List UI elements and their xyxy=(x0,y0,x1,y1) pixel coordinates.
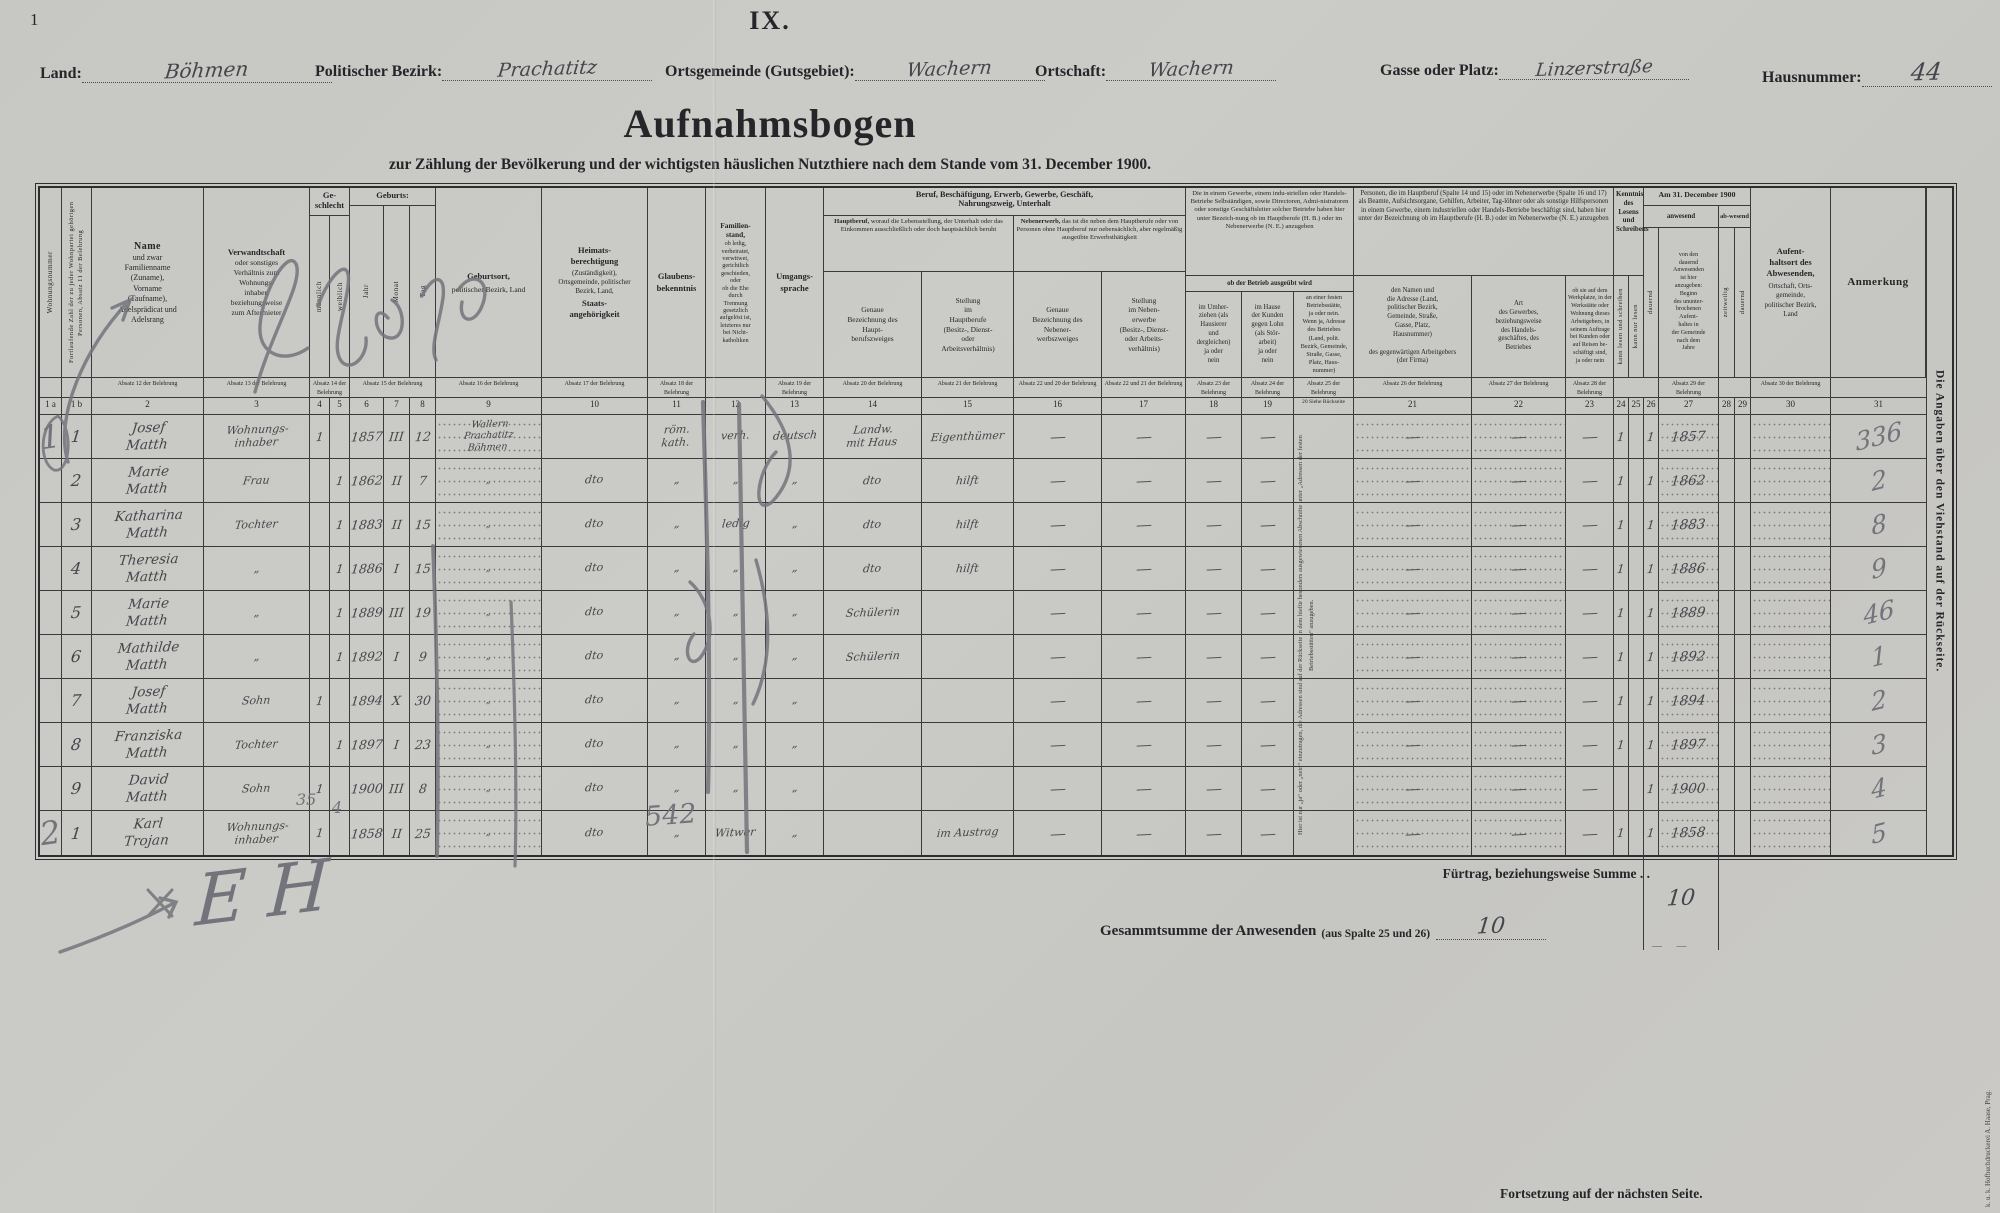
cell-c21: — xyxy=(1354,635,1472,678)
number-row: 1 a1 b234567891011121314151617181920 Sie… xyxy=(40,398,1926,415)
handwritten-value: — xyxy=(1135,471,1152,491)
cell-c22: — xyxy=(1472,723,1566,766)
ortschaft-value: Wachern xyxy=(1106,58,1276,81)
cell-nurlesen xyxy=(1629,635,1644,678)
handwritten-value: I xyxy=(393,737,400,752)
handwritten-value: „ xyxy=(485,739,491,751)
cell-neben: — xyxy=(1014,591,1102,634)
cell-whg: 1 xyxy=(40,415,62,458)
pencil-note-4: 4 xyxy=(332,798,342,817)
column-number: 4 xyxy=(310,398,330,414)
handwritten-value: — xyxy=(1049,779,1066,799)
cell-stand: „ xyxy=(706,459,766,502)
cell-glauben: „ xyxy=(648,679,706,722)
handwritten-value: Theresia Matth xyxy=(116,551,179,587)
cell-gebort: „ xyxy=(436,635,542,678)
cell-heimat: dto xyxy=(542,503,648,546)
cell-beginn: 1862 xyxy=(1659,459,1719,502)
handwritten-value: 1897 xyxy=(350,736,384,752)
cell-whg xyxy=(40,635,62,678)
cell-c22: — xyxy=(1472,591,1566,634)
handwritten-value: III xyxy=(388,605,404,621)
column-caption: Absatz 14 der Belehrung xyxy=(310,378,350,397)
column-caption: Absatz 22 und 21 der Belehrung xyxy=(1102,378,1186,397)
pencil-scribble-eh: E H xyxy=(193,843,331,943)
cell-glauben: „ xyxy=(648,591,706,634)
cell-name: David Matth xyxy=(92,767,204,810)
handwritten-value: — xyxy=(1205,823,1222,843)
cell-abwd xyxy=(1735,635,1751,678)
handwritten-value: 1 xyxy=(335,473,344,487)
cell-anm: 46 xyxy=(1831,591,1926,634)
gasse-value: Linzerstraße xyxy=(1499,58,1689,80)
cell-jahr: 1858 xyxy=(350,811,384,855)
handwritten-value: 3 xyxy=(1870,728,1887,761)
handwritten-value: Wohnungs- inhaber xyxy=(224,422,289,451)
col-header-name: Nameund zwar Familienname (Zuname), Vorn… xyxy=(92,188,204,377)
handwritten-value: Sohn xyxy=(242,693,272,707)
cell-c21: — xyxy=(1354,415,1472,458)
cell-jahr: 1889 xyxy=(350,591,384,634)
handwritten-value: dto xyxy=(585,474,605,487)
cell-stand: ledig xyxy=(706,503,766,546)
cell-gebort: „ xyxy=(436,767,542,810)
cell-sprache: „ xyxy=(766,723,824,766)
handwritten-value: „ xyxy=(791,694,798,707)
handwritten-value: 1 xyxy=(1646,473,1655,487)
cell-stand: Witwer xyxy=(706,811,766,855)
bezirk-label: Politischer Bezirk: xyxy=(315,63,442,81)
handwritten-value: 1892 xyxy=(1670,648,1706,665)
handwritten-value: „ xyxy=(791,518,798,531)
handwritten-value: 1 xyxy=(1646,605,1655,619)
handwritten-value: — xyxy=(1510,691,1527,711)
handwritten-value: 7 xyxy=(418,473,428,488)
cell-c19: — xyxy=(1242,547,1294,590)
column-caption: Absatz 19 der Belehrung xyxy=(766,378,824,397)
pencil-note-542: 542 xyxy=(644,798,698,833)
column-number: 1 a xyxy=(40,398,62,414)
cell-jahr: 1894 xyxy=(350,679,384,722)
cell-c19: — xyxy=(1242,767,1294,810)
cell-rel: Sohn xyxy=(204,767,310,810)
handwritten-value: 6 xyxy=(70,647,82,666)
handwritten-value: 1883 xyxy=(350,516,384,532)
cell-anwd: 1 xyxy=(1644,767,1659,810)
column-number: 1 b xyxy=(62,398,92,414)
cell-anm: 1 xyxy=(1831,635,1926,678)
cell-beginn: 1883 xyxy=(1659,503,1719,546)
cell-nurlesen xyxy=(1629,723,1644,766)
cell-c23: — xyxy=(1566,811,1614,855)
field-gemeinde: Ortsgemeinde (Gutsgebiet): Wachern xyxy=(665,58,1045,81)
cell-neben: — xyxy=(1014,767,1102,810)
handwritten-value: — xyxy=(1205,559,1222,579)
cell-c19: — xyxy=(1242,635,1294,678)
handwritten-value: — xyxy=(1404,559,1421,579)
cell-jahr: 1883 xyxy=(350,503,384,546)
column-caption: Absatz 21 der Belehrung xyxy=(922,378,1014,397)
handwritten-value: — xyxy=(1404,427,1421,447)
field-hausnummer: Hausnummer: 44 xyxy=(1762,58,1992,87)
handwritten-value: „ xyxy=(485,695,491,707)
handwritten-value: Marie Matth xyxy=(125,595,170,630)
cell-whg xyxy=(40,679,62,722)
handwritten-value: „ xyxy=(673,738,680,751)
census-sheet: 1 IX. Land: Böhmen Politischer Bezirk: P… xyxy=(0,0,2000,1213)
cell-nr: 8 xyxy=(62,723,92,766)
cell-glauben: „ xyxy=(648,503,706,546)
fuertrag-label: Fürtrag, beziehungsweise Summe . . xyxy=(1380,866,1650,882)
cell-monat: III xyxy=(384,767,410,810)
column-number: 21 xyxy=(1354,398,1472,414)
col-group-geschlecht: Ge- schlecht männlich weiblich xyxy=(310,188,350,377)
column-caption: Absatz 16 der Belehrung xyxy=(436,378,542,397)
cell-stellung: hilft xyxy=(922,503,1014,546)
section-number: IX. xyxy=(0,6,1540,36)
cell-c23: — xyxy=(1566,547,1614,590)
bezirk-value: Prachatitz xyxy=(442,58,652,81)
table-row: 3Katharina MatthTochter11883II15„dto„led… xyxy=(40,503,1926,547)
cell-monat: I xyxy=(384,547,410,590)
cell-gebort: „ xyxy=(436,503,542,546)
cell-anm: 5 xyxy=(1831,811,1926,855)
col-group-personen: Personen, die im Hauptberuf (Spalte 14 u… xyxy=(1354,188,1614,377)
handwritten-value: 8 xyxy=(1870,508,1887,541)
ortschaft-label: Ortschaft: xyxy=(1035,63,1106,81)
cell-tag: 7 xyxy=(410,459,436,502)
handwritten-value: — xyxy=(1049,515,1066,535)
column-number: 16 xyxy=(1014,398,1102,414)
cell-w: 1 xyxy=(330,635,350,678)
cell-jahr: 1862 xyxy=(350,459,384,502)
column-number: 5 xyxy=(330,398,350,414)
cell-monat: I xyxy=(384,723,410,766)
col-header-kann-nur-lesen: kann nur lesen xyxy=(1629,276,1644,377)
cell-stand: „ xyxy=(706,723,766,766)
cell-nurlesen xyxy=(1629,679,1644,722)
census-table: Wohnungsnummer Fortlaufende Zahl der zu … xyxy=(38,186,1954,857)
handwritten-value: 23 xyxy=(414,737,432,753)
cell-beginn: 1900 xyxy=(1659,767,1719,810)
handwritten-value: — xyxy=(1205,471,1222,491)
handwritten-value: — xyxy=(1135,427,1152,447)
column-number: 17 xyxy=(1102,398,1186,414)
cell-w: 1 xyxy=(330,503,350,546)
col-header-anwesend-dauernd: dauernd xyxy=(1644,228,1659,377)
fuertrag-sum-box: 10 xyxy=(1643,846,1719,950)
cell-name: Josef Matth xyxy=(92,415,204,458)
cell-abwz xyxy=(1719,811,1735,855)
cell-c18: — xyxy=(1186,459,1242,502)
cell-whg: 2 xyxy=(40,811,62,855)
table-body: 11Josef MatthWohnungs- inhaber11857III12… xyxy=(40,415,1926,855)
cell-abwz xyxy=(1719,547,1735,590)
handwritten-value: 1857 xyxy=(350,428,384,444)
handwritten-value: 1 xyxy=(335,605,344,619)
cell-lesen: 1 xyxy=(1614,723,1629,766)
handwritten-value: II xyxy=(391,473,403,488)
handwritten-value: „ xyxy=(732,606,739,619)
handwritten-value: hilft xyxy=(955,562,979,576)
cell-nurlesen xyxy=(1629,459,1644,502)
column-caption: Absatz 12 der Belehrung xyxy=(92,378,204,397)
handwritten-value: III xyxy=(388,429,404,445)
col-header-glaubensbekenntnis: Glaubens- bekenntnis xyxy=(648,188,706,377)
cell-abwd xyxy=(1735,415,1751,458)
handwritten-value: — xyxy=(1135,735,1152,755)
handwritten-value: Schülerin xyxy=(845,605,900,620)
handwritten-value: Eigenthümer xyxy=(930,429,1005,445)
handwritten-value: „ xyxy=(791,606,798,619)
cell-nurlesen xyxy=(1629,591,1644,634)
handwritten-value: — xyxy=(1049,603,1066,623)
cell-stellung xyxy=(922,679,1014,722)
cell-abwz xyxy=(1719,723,1735,766)
handwritten-value: 2 xyxy=(38,813,63,853)
handwritten-value: 7 xyxy=(70,691,82,710)
cell-heimat: dto xyxy=(542,547,648,590)
handwritten-value: 1 xyxy=(1616,737,1625,751)
cell-c19: — xyxy=(1242,679,1294,722)
form-title: Aufnahmsbogen xyxy=(0,100,1540,147)
cell-c18: — xyxy=(1186,547,1242,590)
cell-stellung xyxy=(922,767,1014,810)
cell-nr: 5 xyxy=(62,591,92,634)
handwritten-value: — xyxy=(1135,603,1152,623)
cell-glauben: „ xyxy=(648,547,706,590)
handwritten-value: Josef Matth xyxy=(125,683,170,718)
handwritten-value: dto xyxy=(863,518,883,532)
handwritten-value: 1 xyxy=(1646,517,1655,531)
handwritten-value: — xyxy=(1581,559,1598,579)
cell-lesen xyxy=(1614,767,1629,810)
handwritten-value: 15 xyxy=(414,517,432,533)
handwritten-value: 2 xyxy=(70,471,82,490)
cell-name: Mathilde Matth xyxy=(92,635,204,678)
handwritten-value: dto xyxy=(863,474,883,488)
cell-c21: — xyxy=(1354,459,1472,502)
handwritten-value: 1 xyxy=(1616,693,1625,707)
col-header-verwandtschaft: Verwandtschaftoder sonstiges Verhältnis … xyxy=(204,188,310,377)
handwritten-value: 1 xyxy=(1616,649,1625,663)
handwritten-value: dto xyxy=(585,606,605,619)
column-caption: Absatz 26 der Belehrung xyxy=(1354,378,1472,397)
column-caption: Absatz 15 der Belehrung xyxy=(350,378,436,397)
handwritten-value: 1 xyxy=(315,429,324,443)
handwritten-value: hilft xyxy=(955,474,979,488)
cell-nebenst: — xyxy=(1102,679,1186,722)
table-row: 7Josef MatthSohn11894X30„dto„„„———————11… xyxy=(40,679,1926,723)
cell-beruf xyxy=(824,767,922,810)
column-caption: Absatz 23 der Belehrung xyxy=(1186,378,1242,397)
cell-c18: — xyxy=(1186,591,1242,634)
cell-c21: — xyxy=(1354,591,1472,634)
field-ortschaft: Ortschaft: Wachern xyxy=(1035,58,1276,81)
cell-neben: — xyxy=(1014,503,1102,546)
cell-nurlesen xyxy=(1629,547,1644,590)
handwritten-value: 1892 xyxy=(350,648,384,664)
col-header-werkplatz: ob sie auf dem Werkplatze, in der Werkst… xyxy=(1566,276,1614,377)
cell-beginn: 1886 xyxy=(1659,547,1719,590)
column-caption: Absatz 17 der Belehrung xyxy=(542,378,648,397)
column-number: 30 xyxy=(1751,398,1831,414)
cell-m xyxy=(310,591,330,634)
cell-nr: 4 xyxy=(62,547,92,590)
col-header-familienstand: Familien- stand, ob ledig, verheiratet, … xyxy=(706,188,766,377)
cell-nurlesen xyxy=(1629,415,1644,458)
cell-nurlesen xyxy=(1629,811,1644,855)
cell-monat: II xyxy=(384,811,410,855)
handwritten-value: — xyxy=(1510,603,1527,623)
col-header-maennlich: männlich xyxy=(310,216,330,377)
handwritten-value: Sohn xyxy=(242,781,272,795)
handwritten-value: — xyxy=(1581,471,1598,491)
cell-nebenst: — xyxy=(1102,591,1186,634)
handwritten-value: 4 xyxy=(1870,772,1887,805)
cell-c19: — xyxy=(1242,811,1294,855)
cell-m: 1 xyxy=(310,679,330,722)
handwritten-value: 46 xyxy=(1862,594,1895,631)
col-header-art-des-gewerbes: Art des Gewerbes, beziehungsweise des Ha… xyxy=(1472,276,1566,377)
cell-stellung xyxy=(922,591,1014,634)
handwritten-value: „ xyxy=(253,650,260,663)
handwritten-value: — xyxy=(1581,603,1598,623)
cell-c22: — xyxy=(1472,415,1566,458)
table-row: 4Theresia Matth„11886I15„dto„„„dtohilft—… xyxy=(40,547,1926,591)
column-caption xyxy=(1614,378,1659,397)
handwritten-value: — xyxy=(1049,559,1066,579)
handwritten-value: „ xyxy=(485,519,491,531)
handwritten-value: 1 xyxy=(315,693,324,707)
handwritten-value: 1 xyxy=(335,737,344,751)
cell-gebort: „ xyxy=(436,679,542,722)
handwritten-value: „ xyxy=(485,827,491,839)
cell-m xyxy=(310,503,330,546)
column-number: 12 xyxy=(706,398,766,414)
cell-beruf xyxy=(824,811,922,855)
column-number: 7 xyxy=(384,398,410,414)
handwritten-value: Schülerin xyxy=(845,649,900,664)
cell-gebort: Wallern Prachatitz Böhmen xyxy=(436,415,542,458)
cell-c18: — xyxy=(1186,723,1242,766)
cell-c23: — xyxy=(1566,635,1614,678)
handwritten-value: Katharina Matth xyxy=(112,506,184,542)
handwritten-value: „ xyxy=(732,562,739,575)
cell-lesen: 1 xyxy=(1614,547,1629,590)
cell-neben: — xyxy=(1014,415,1102,458)
handwritten-value: — xyxy=(1259,647,1276,667)
cell-heimat: dto xyxy=(542,679,648,722)
col-header-weiblich: weiblich xyxy=(330,216,350,377)
cell-nebenst: — xyxy=(1102,459,1186,502)
handwritten-value: dto xyxy=(585,826,605,839)
handwritten-value: — xyxy=(1404,603,1421,623)
cell-jahr: 1892 xyxy=(350,635,384,678)
column-number: 15 xyxy=(922,398,1014,414)
column-number: 8 xyxy=(410,398,436,414)
hausnummer-value: 44 xyxy=(1862,58,1992,87)
cell-abwz xyxy=(1719,767,1735,810)
total-paren: (aus Spalte 25 und 26) xyxy=(1321,928,1430,940)
col-group-nebenerwerb: Nebenerwerb, das ist die neben dem Haupt… xyxy=(1014,216,1186,377)
handwritten-value: „ xyxy=(253,606,260,619)
col-header-kann-lesen-und-schreiben: kann lesen und schreiben xyxy=(1614,276,1629,377)
col-header-wohnungsnummer: Wohnungsnummer xyxy=(40,188,62,377)
cell-abwz xyxy=(1719,679,1735,722)
handwritten-value: 1 xyxy=(1646,781,1655,795)
cell-gebort: „ xyxy=(436,547,542,590)
cell-abwd xyxy=(1735,459,1751,502)
cell-neben: — xyxy=(1014,811,1102,855)
col-group-kenntnis: Kenntnis des Lesens und Schreibens kann … xyxy=(1614,188,1644,377)
cell-abwz xyxy=(1719,591,1735,634)
handwritten-value: — xyxy=(1581,823,1598,843)
col-group-geburts: Geburts: Jahr Monat Tag xyxy=(350,188,436,377)
cell-whg xyxy=(40,459,62,502)
handwritten-value: 1862 xyxy=(1670,472,1706,489)
cell-c23: — xyxy=(1566,723,1614,766)
cell-abwd xyxy=(1735,591,1751,634)
column-caption: Absatz 27 der Belehrung xyxy=(1472,378,1566,397)
column-number: 11 xyxy=(648,398,706,414)
cell-w: 1 xyxy=(330,591,350,634)
column-number: 9 xyxy=(436,398,542,414)
handwritten-value: „ xyxy=(791,650,798,663)
handwritten-value: „ xyxy=(791,738,798,751)
handwritten-value: — xyxy=(1135,691,1152,711)
cell-c22: — xyxy=(1472,635,1566,678)
handwritten-value: „ xyxy=(673,562,680,575)
col-header-geburtsort: Geburtsort,politischer Bezirk, Land xyxy=(436,188,542,377)
column-caption: Absatz 24 der Belehrung xyxy=(1242,378,1294,397)
handwritten-value: 1 xyxy=(1646,649,1655,663)
column-number: 25 xyxy=(1629,398,1644,414)
cell-c19: — xyxy=(1242,415,1294,458)
handwritten-value: Tochter xyxy=(234,737,278,752)
cell-c22: — xyxy=(1472,811,1566,855)
col-header-jahr: Jahr xyxy=(350,206,384,377)
cell-name: Karl Trojan xyxy=(92,811,204,855)
cell-neben: — xyxy=(1014,723,1102,766)
cell-gebort: „ xyxy=(436,811,542,855)
handwritten-value: 8 xyxy=(418,781,428,796)
handwritten-value: 1886 xyxy=(1670,560,1706,577)
cell-aufh xyxy=(1751,723,1831,766)
gemeinde-label: Ortsgemeinde (Gutsgebiet): xyxy=(665,63,855,81)
cell-tag: 12 xyxy=(410,415,436,458)
cell-c22: — xyxy=(1472,767,1566,810)
handwritten-value: 1 xyxy=(1616,826,1625,840)
handwritten-value: II xyxy=(391,825,403,840)
handwritten-value: — xyxy=(1581,515,1598,535)
handwritten-value: — xyxy=(1259,823,1276,843)
column-caption: Absatz 13 der Belehrung xyxy=(204,378,310,397)
cell-sprache: „ xyxy=(766,591,824,634)
col-header-laufende-zahl: Fortlaufende Zahl der zu jeder Wohnparte… xyxy=(62,188,92,377)
caption-row: Absatz 12 der BelehrungAbsatz 13 der Bel… xyxy=(40,378,1926,398)
handwritten-value: „ xyxy=(732,782,739,795)
handwritten-value: — xyxy=(1205,515,1222,535)
cell-jahr: 1900 xyxy=(350,767,384,810)
cell-lesen: 1 xyxy=(1614,415,1629,458)
pencil-note-35: 35 xyxy=(296,790,316,809)
handwritten-value: III xyxy=(388,781,404,797)
cell-rel: „ xyxy=(204,547,310,590)
handwritten-value: Franziska Matth xyxy=(112,726,183,762)
cell-nebenst: — xyxy=(1102,811,1186,855)
handwritten-value: X xyxy=(391,693,402,708)
